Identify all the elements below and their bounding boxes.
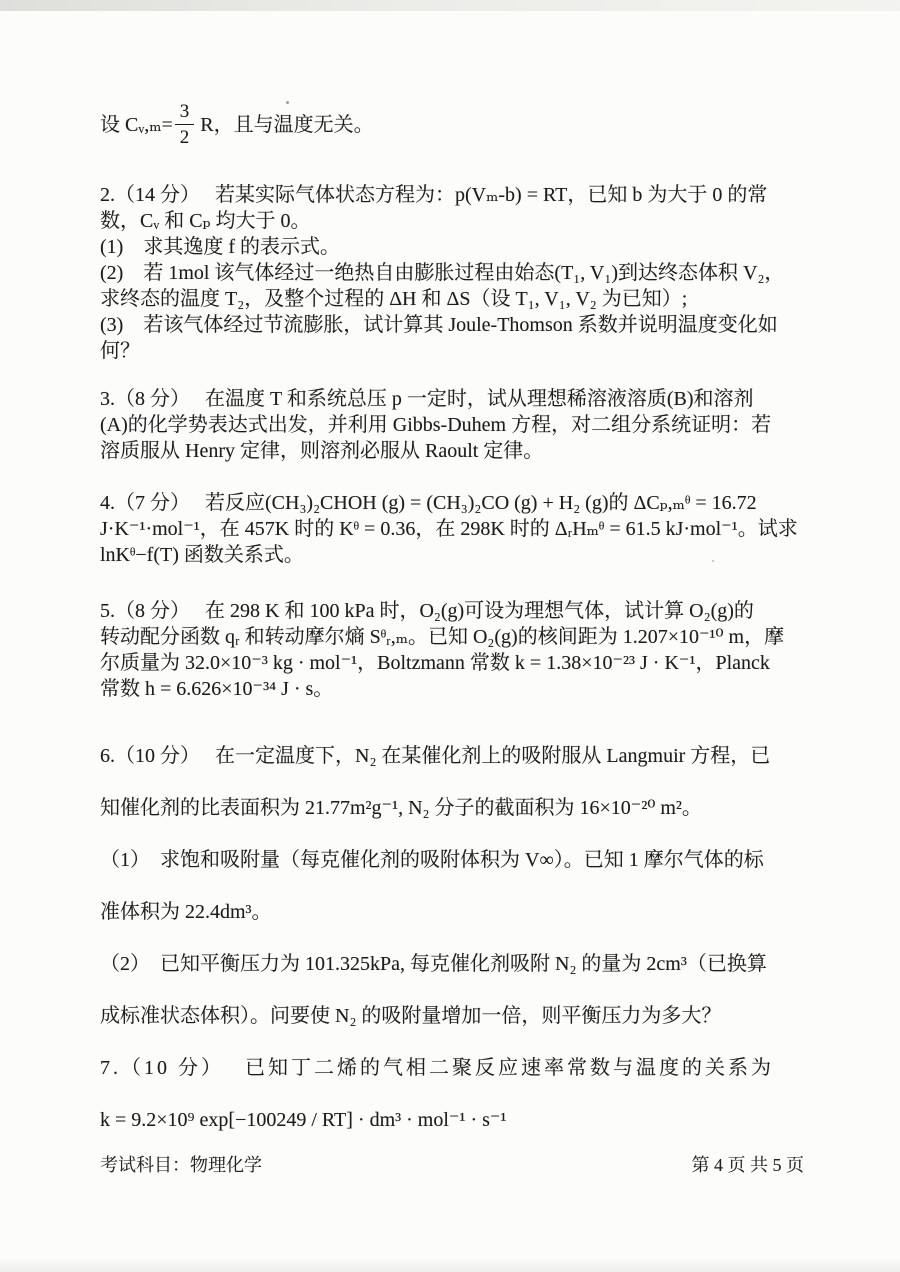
text-line: 5.（8 分） 在 298 K 和 100 kPa 时，O₂(g)可设为理想气体… — [100, 598, 816, 624]
question-6: 6.（10 分） 在一定温度下，N₂ 在某催化剂上的吸附服从 Langmuir … — [100, 730, 816, 834]
text-line: 3.（8 分） 在温度 T 和系统总压 p 一定时，试从理想稀溶液溶质(B)和溶… — [100, 386, 816, 412]
text-line: 6.（10 分） 在一定温度下，N₂ 在某催化剂上的吸附服从 Langmuir … — [100, 730, 816, 782]
text-line: 尔质量为 32.0×10⁻³ kg · mol⁻¹，Boltzmann 常数 k… — [100, 650, 816, 676]
text-line: (2) 若 1mol 该气体经过一绝热自由膨胀过程由始态(T₁, V₁)到达终态… — [100, 260, 816, 286]
question-5: 5.（8 分） 在 298 K 和 100 kPa 时，O₂(g)可设为理想气体… — [100, 598, 816, 702]
page-footer: 考试科目：物理化学 第 4 页 共 5 页 — [100, 1152, 804, 1178]
question-4: 4.（7 分） 若反应(CH₃)₂CHOH (g) = (CH₃)₂CO (g)… — [100, 490, 816, 568]
question-6-part-2: （2） 已知平衡压力为 101.325kPa, 每克催化剂吸附 N₂ 的量为 2… — [100, 938, 816, 1042]
fraction-three-halves: 3 2 — [175, 100, 195, 150]
text-line: (A)的化学势表达式出发，并利用 Gibbs-Duhem 方程，对二组分系统证明… — [100, 412, 816, 438]
question-2: 2.（14 分） 若某实际气体状态方程为：p(Vₘ-b) = RT，已知 b 为… — [100, 182, 816, 364]
footer-exam-subject: 考试科目：物理化学 — [100, 1152, 262, 1178]
text-line: 知催化剂的比表面积为 21.77m²g⁻¹, N₂ 分子的截面积为 16×10⁻… — [100, 782, 816, 834]
text-line: 7.（10 分） 已知丁二烯的气相二聚反应速率常数与温度的关系为 — [100, 1042, 816, 1094]
fraction-denominator: 2 — [175, 125, 195, 150]
scan-edge-shadow-top — [0, 0, 900, 11]
text-line: (1) 求其逸度 f 的表示式。 — [100, 234, 816, 260]
fraction-numerator: 3 — [175, 100, 195, 125]
text-line: 溶质服从 Henry 定律，则溶剂必服从 Raoult 定律。 — [100, 438, 816, 464]
question-7: 7.（10 分） 已知丁二烯的气相二聚反应速率常数与温度的关系为 k = 9.2… — [100, 1042, 816, 1146]
text-line: (3) 若该气体经过节流膨胀，试计算其 Joule-Thomson 系数并说明温… — [100, 312, 816, 338]
intro-post-text: R，且与温度无关。 — [200, 112, 373, 138]
intro-statement: 设 Cᵥ,ₘ= 3 2 R，且与温度无关。 — [100, 92, 816, 158]
question-6-part-1: （1） 求饱和吸附量（每克催化剂的吸附体积为 V∞）。已知 1 摩尔气体的标 准… — [100, 834, 816, 938]
text-line: 准体积为 22.4dm³。 — [100, 886, 816, 938]
text-line: 数，Cᵥ 和 Cₚ 均大于 0。 — [100, 208, 816, 234]
text-line: 4.（7 分） 若反应(CH₃)₂CHOH (g) = (CH₃)₂CO (g)… — [100, 490, 816, 516]
question-3: 3.（8 分） 在温度 T 和系统总压 p 一定时，试从理想稀溶液溶质(B)和溶… — [100, 386, 816, 464]
footer-page-number: 第 4 页 共 5 页 — [692, 1152, 805, 1178]
text-line: 2.（14 分） 若某实际气体状态方程为：p(Vₘ-b) = RT，已知 b 为… — [100, 182, 816, 208]
exam-body: 设 Cᵥ,ₘ= 3 2 R，且与温度无关。 2.（14 分） 若某实际气体状态方… — [100, 92, 816, 1146]
text-line: 求终态的温度 T₂，及整个过程的 ΔH 和 ΔS（设 T₁, V₁, V₂ 为已… — [100, 286, 816, 312]
intro-pre-text: 设 Cᵥ,ₘ= — [100, 112, 173, 138]
text-line: （2） 已知平衡压力为 101.325kPa, 每克催化剂吸附 N₂ 的量为 2… — [100, 938, 816, 990]
text-line: 成标准状态体积）。问要使 N₂ 的吸附量增加一倍，则平衡压力为多大？ — [100, 990, 816, 1042]
scanned-exam-page: 设 Cᵥ,ₘ= 3 2 R，且与温度无关。 2.（14 分） 若某实际气体状态方… — [0, 0, 900, 1272]
text-line: （1） 求饱和吸附量（每克催化剂的吸附体积为 V∞）。已知 1 摩尔气体的标 — [100, 834, 816, 886]
text-line: 转动配分函数 qᵣ 和转动摩尔熵 Sᶿᵣ,ₘ。已知 O₂(g)的核间距为 1.2… — [100, 624, 816, 650]
text-line: J·K⁻¹·mol⁻¹，在 457K 时的 Kᶿ = 0.36，在 298K 时… — [100, 516, 816, 542]
scan-edge-shadow-bottom — [0, 1258, 900, 1272]
rate-constant-formula: k = 9.2×10⁹ exp[−100249 / RT] · dm³ · mo… — [100, 1094, 816, 1146]
text-line: 常数 h = 6.626×10⁻³⁴ J · s。 — [100, 676, 816, 702]
text-line: lnKᶿ−f(T) 函数关系式。 — [100, 542, 816, 568]
text-line: 何？ — [100, 338, 816, 364]
